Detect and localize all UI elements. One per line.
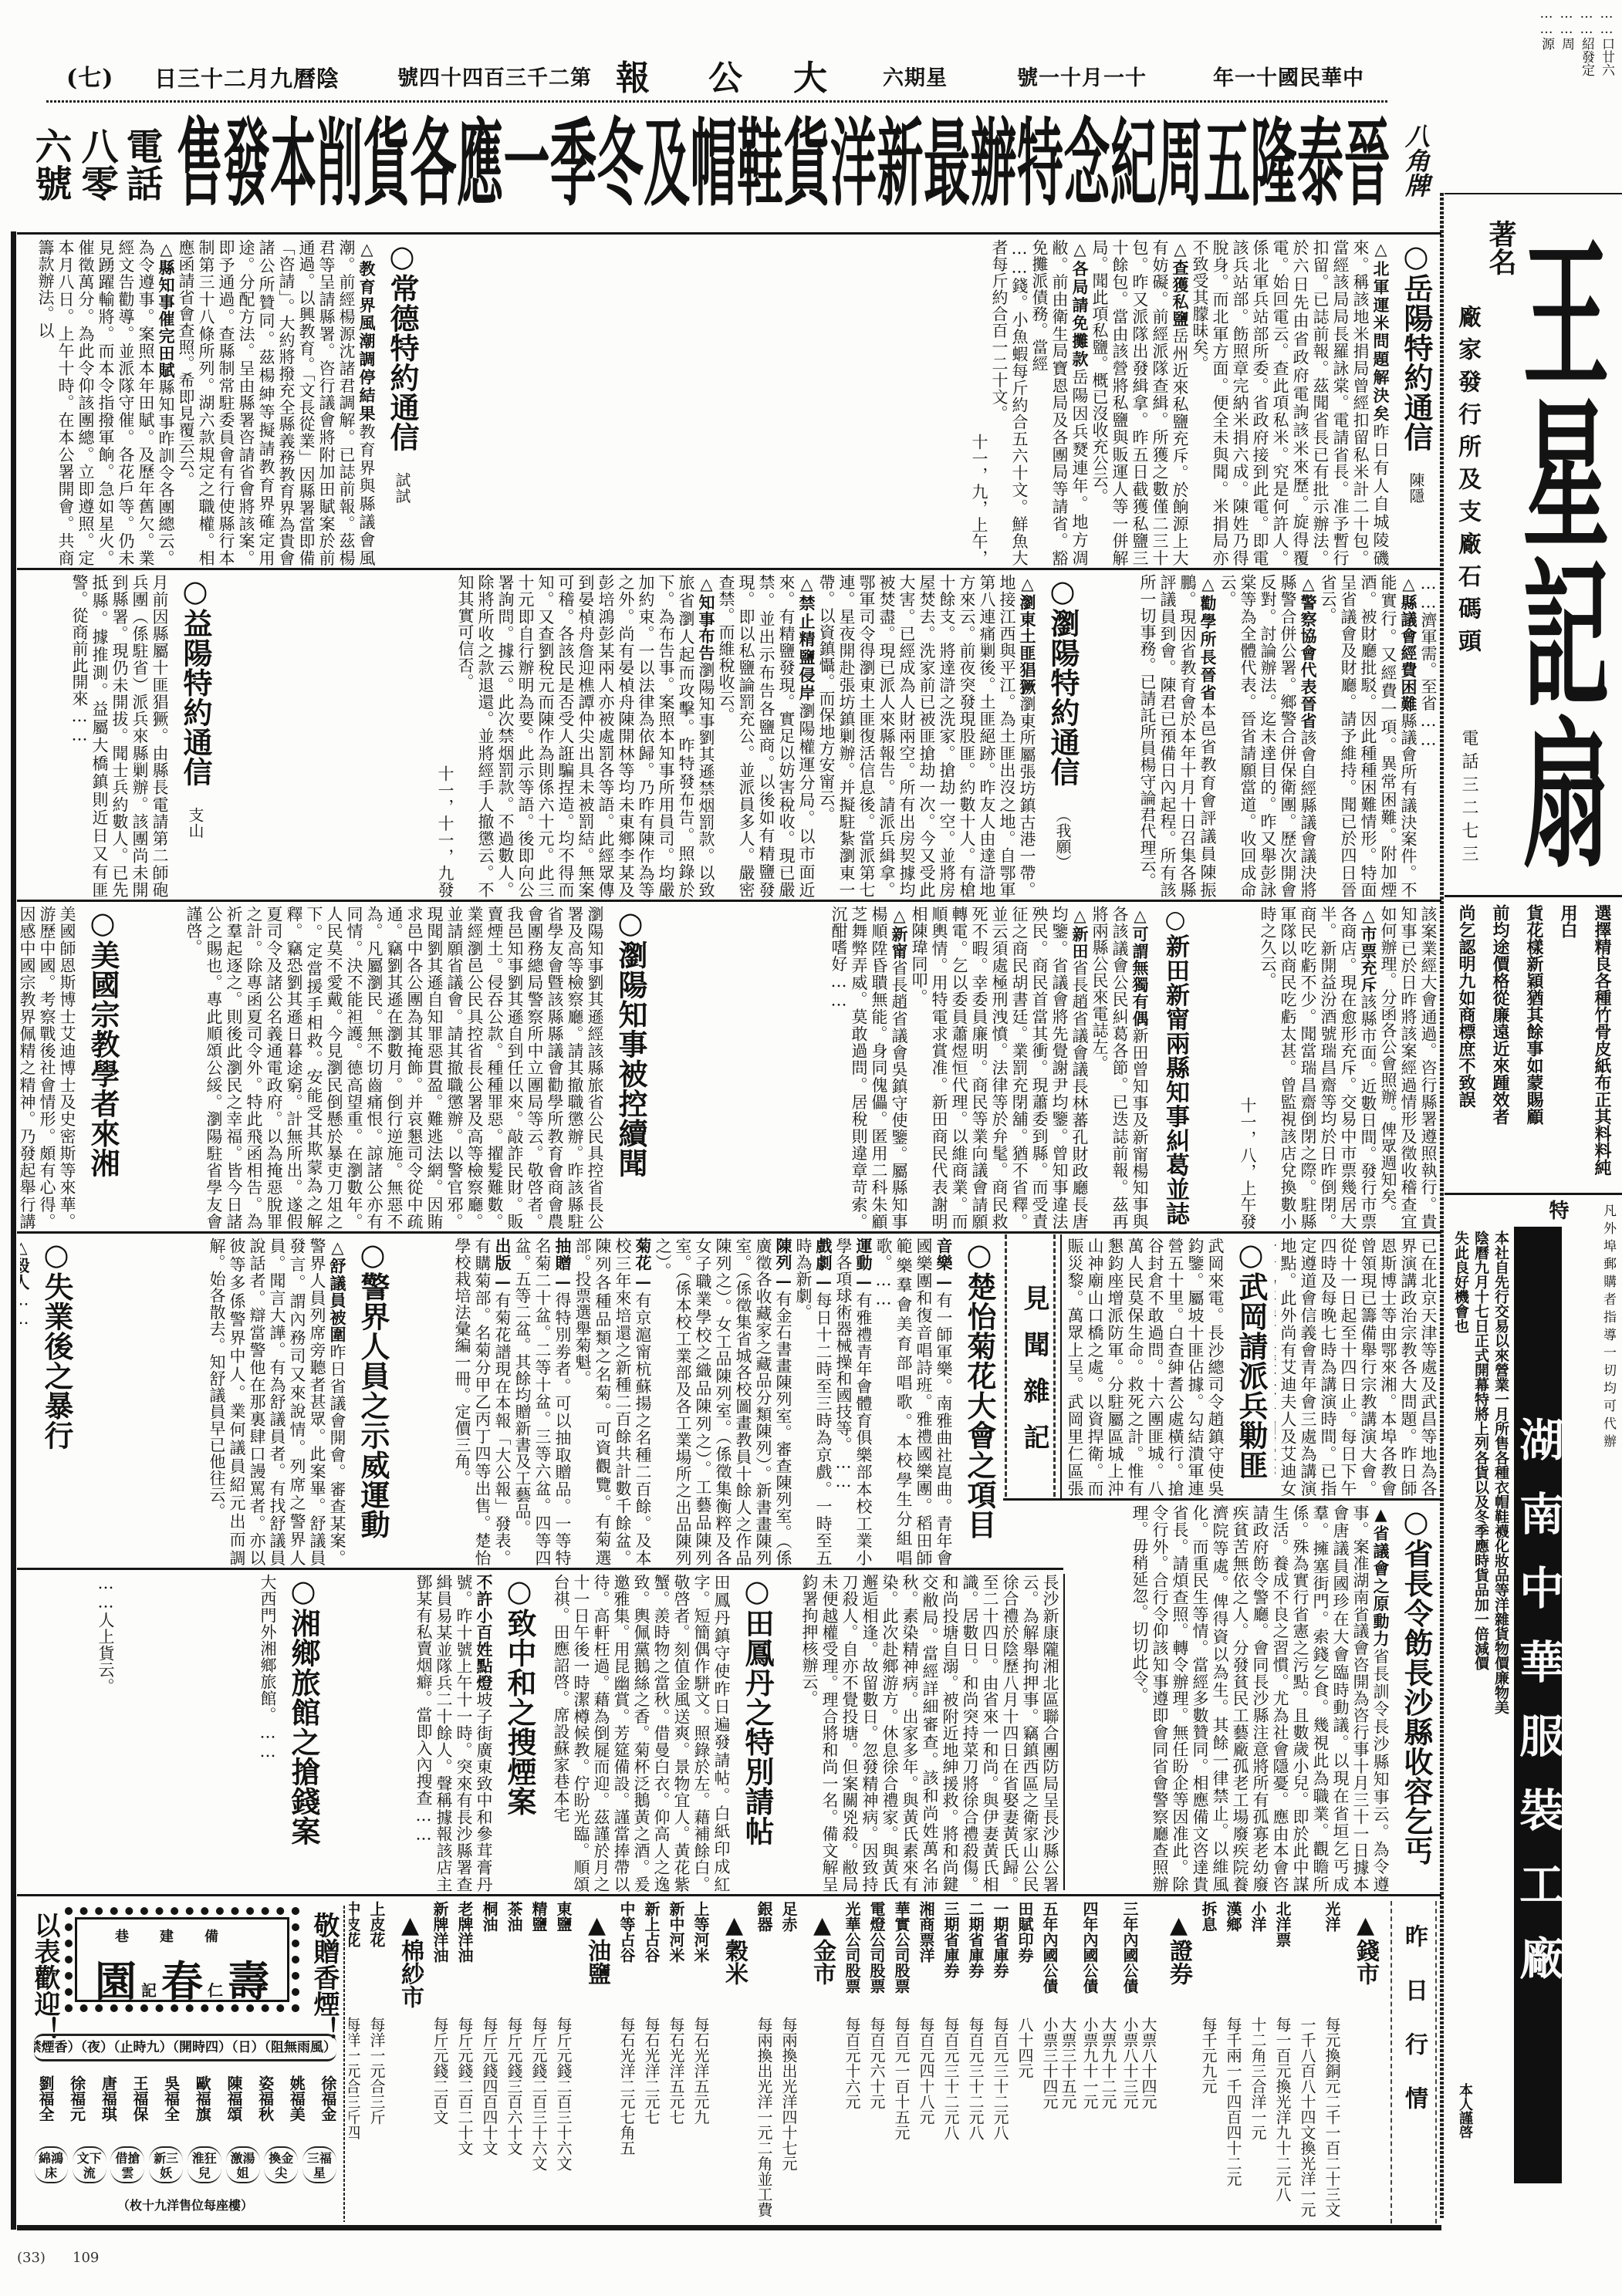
body-text: 瀏東所屬張坊鎮古港一帶。地接江西與平江。為土匪出沒之地。自鄂軍第八連痛剿後。土匪…: [817, 574, 1036, 898]
market-value: 每百元一百十五元: [892, 2017, 911, 2140]
paragraph: 戲劇—每日十二時至三時為京戲。一時至五時為新劇。: [793, 1237, 833, 1566]
body-text: 縣知事昨訓令各團總云。為令遵事。案照本年田賦。及歷年舊欠。業經文告勸導。並派隊守…: [36, 239, 175, 566]
cast-member: 陳福頌: [225, 2075, 242, 2134]
market-value: 小票八十三元: [1120, 2017, 1139, 2109]
right-column-divider: [1440, 193, 1444, 2218]
article-hotel-robbery: 湘鄉旅館之搶錢案 大西門外湘鄉旅館。……: [117, 1574, 326, 1893]
fan-ad-notice-col: 尚乞認明九如商標庶不致誤: [1449, 904, 1483, 1188]
market-label: 茶油: [502, 1901, 526, 2017]
market-value: 小票三十四元: [1040, 2017, 1059, 2109]
market-row: 一期省庫券每百元三十二元八: [988, 1901, 1012, 2223]
divider-wugang: [1060, 1234, 1062, 1498]
paragraph: △北軍運米問題解決矣昨日有人自城陵磯來。稱該地米捐局曾經扣留私米計二十包。當經該…: [1190, 239, 1391, 566]
cast-member: 徐福金: [319, 2075, 336, 2134]
paragraph: △各局請免攤款岳陽因兵燹連年。地方凋敝。前由衛生局寶恩局及各團局等請省。豁免攤派…: [1029, 239, 1090, 566]
section-label-jianwen: 見聞雜記: [1005, 1234, 1056, 1497]
headline-text: 瀏陽知事被控續聞: [613, 906, 648, 1178]
article-yiyang-continued: 該案業經大會通過。咨行縣署遵照執行。貴知事已於日昨將該案經過情形及徵收稽查宜如何…: [1199, 906, 1438, 1230]
market-value: 每斤元錢二百三十六文: [554, 2017, 573, 2171]
headline: 湘鄉旅館之搶錢案: [284, 1574, 323, 1893]
subheading: △禁止精鹽侵岸: [797, 574, 816, 702]
cast-member: 劉福全: [37, 2075, 54, 2134]
subheading: △縣議會經費困難: [1399, 574, 1418, 712]
play-title: 淮狂兒: [188, 2146, 221, 2183]
market-row: 湘商票洋每百元四十八元: [914, 1901, 938, 2223]
market-label: 新上占谷: [639, 1901, 664, 2017]
paragraph: 菊花—有京滬甯杭蘇揚之名種二百餘。及本校三年來培還之新種二百餘共計數千餘盆。陳列…: [573, 1237, 653, 1566]
headline-text: 楚怡菊花大會之項目: [962, 1237, 997, 1539]
market-row: 一千八百八十四文換光洋一元: [1295, 1901, 1320, 2223]
subheading: △可謂無獨有偶: [1130, 906, 1150, 1027]
theater-ad-slogan-right: 敬贈香煙！: [309, 1912, 340, 2043]
headline: 警界人員之示威運動: [353, 1237, 392, 1566]
paragraph: △查獲私鹽岳州近來私鹽充斥。於餉源上大有妨礙。前經派隊查緝。所獲之數僅二三十包。…: [1090, 239, 1190, 566]
headline: 美國宗教學者來湘: [83, 906, 122, 1230]
subheading: △教育界風潮調停結果: [357, 239, 377, 423]
market-label: 桐油: [477, 1901, 502, 2017]
fan-ad-address: 廠家發行所及支廠石碼頭: [1454, 305, 1480, 661]
band-rule-6: [17, 1894, 1441, 1896]
market-prices: 昨日行情 ▲錢市 光洋每元換銅元二千一百二十三文 一千八百八十四文換光洋一元 北…: [349, 1901, 1437, 2223]
right-ad-rule-0: [1445, 193, 1622, 194]
body-text: 省長趙省議會議長林蕃孔財政廳長唐均鑒。省議會將先覺謝尹均鑒。曾知事違法殃民。商民…: [910, 906, 1089, 1230]
fan-ad-brand-name: 王星記扇: [1512, 231, 1605, 871]
subheading: 不許小百姓點燈: [475, 1574, 494, 1691]
dateline: 十一，九，上午，: [969, 239, 989, 566]
market-label: 老牌洋油: [452, 1901, 477, 2017]
subheading: 抽贈—: [553, 1237, 573, 1291]
body-text: 美國師恩斯博士艾迪博士及史密斯等來華。游歷中國。考察戰後社會情形。頗有心得。因感…: [20, 906, 76, 1230]
newspaper-page: 中華民國十一年 十一月十一號 星期六 大 公 報 第二千三百四十四號 陰曆九月二…: [0, 0, 1622, 2296]
top-small-ad-col: ……源: [1536, 6, 1556, 187]
market-value: 每斤元錢三百六十文: [505, 2017, 523, 2156]
body-text: 有金石書畫陳列室。審查陳列室。（係廣徵各收藏家之藏品分類陳列）。新書畫陳列室。（…: [654, 1237, 792, 1566]
subheading: △北軍運米問題解決矣: [1371, 239, 1391, 423]
market-row: 三期省庫券每百元三十二元八: [938, 1901, 963, 2223]
market-value: 每兩換出光洋一元二角並工費: [755, 2017, 773, 2217]
masthead-lunar-date: 陰曆九月二十三日: [154, 66, 340, 91]
paragraph: △殺人……: [20, 1237, 31, 1566]
market-row: 桐油每斤元錢四百四十文: [477, 1901, 502, 2223]
clothing-ad-notice: 本社自先行交易以來營業一月所售各種衣帽鞋襪化妝品等洋雜貨物價廉物美 陰曆九月十七…: [1451, 1231, 1511, 2002]
cast-member: 歐福旗: [194, 2075, 211, 2134]
fan-ad-notice-col: 選擇精良各種竹骨皮紙布正其料料純用白: [1551, 904, 1619, 1188]
fan-ad-notice: 選擇精良各種竹骨皮紙布正其料料純用白 貨花樣新穎猶其餘事如蒙賜顧 前均途價格從廉…: [1449, 904, 1619, 1188]
body-text: 昨日省議會開會。審查某案。警界人員列席旁聽者甚眾。此案畢。舒議員發言。謂內務司又…: [208, 1237, 346, 1566]
market-value: 每石光洋二元七角五: [617, 2017, 636, 2156]
fan-ad-tag: 著名: [1485, 220, 1516, 275]
market-row: 老牌洋油每斤元錢二百二十文: [452, 1901, 477, 2223]
body-text: 教育界與縣議會風潮。前經楊源沈諸君調解。已誌前報。茲楊君等呈請縣署。咨行議會將附…: [177, 239, 376, 566]
paragraph: 月前因縣屬十匪猖獗。由縣長電請第二師砲兵團（係駐省）派兵來縣剿辦。該團尚未開到縣…: [69, 574, 170, 898]
body-text: 已在北京天津等處及武昌等地為各界演講政治宗教各大問題。昨日師恩斯博士等由鄂來湘。…: [1275, 1237, 1438, 1497]
clothing-ad-notice-col: 本社自先行交易以來營業一月所售各種衣帽鞋襪化妝品等洋雜貨物價廉物美: [1491, 1231, 1511, 2002]
market-value: 十二角三合洋一元: [1249, 2017, 1267, 2140]
market-row: 五年內國公債大票三十五元小票三十四元: [1037, 1901, 1077, 2223]
article-liuyang: 瀏陽特約通信（我願） △瀏東土匪猖獗瀏東所屬張坊鎮古港一帶。地接江西與平江。為土…: [219, 574, 1085, 898]
market-section-header: ▲棉紗市: [392, 1901, 427, 2223]
theater-footnote: （樓座每位售洋九十枚）: [39, 2196, 332, 2213]
play-title: 新三妖: [149, 2146, 183, 2183]
market-section-header: ▲油鹽: [579, 1901, 614, 2223]
market-label: 光華公司股票: [840, 1901, 864, 2017]
market-label: 湘商票洋: [914, 1901, 938, 2017]
subheading: 戲劇—: [814, 1237, 833, 1291]
dateline: 十一，十一，九發: [435, 574, 455, 898]
market-label: 北洋票: [1270, 1901, 1295, 2017]
market-row: 北洋票每一百元換光洋九十二元八: [1270, 1901, 1295, 2223]
market-row: 三年內國公債大票八十四元小票八十三元: [1117, 1901, 1157, 2223]
body-text: 該案業經大會通過。咨行縣署遵照執行。貴知事已於日昨將該案經過情形及徵收稽查宜如何…: [1379, 906, 1438, 1230]
body-text: 大西門外湘鄉旅館。……: [259, 1574, 277, 1761]
paragraph: △舒議員被圍昨日省議會開會。審查某案。警界人員列席旁聽者甚眾。此案畢。舒議員發言…: [207, 1237, 347, 1566]
body-text: ……人上貨云。: [96, 1574, 115, 1695]
market-value-pair: 大票八十四元小票八十三元: [1120, 2017, 1157, 2109]
headline-text: 瀏陽特約通信: [1046, 574, 1080, 787]
headline-text: 湘鄉旅館之搶錢案: [286, 1574, 321, 1846]
article-wugang: 武岡請派兵勦匪 武岡來電。長沙總司令趙鎮守使吳鈞鑒。屬坡十匪佔據。勾結潰軍連營五…: [1063, 1237, 1273, 1497]
market-label: 上等河米: [688, 1901, 713, 2017]
paragraph: 已在北京天津等處及武昌等地為各界演講政治宗教各大問題。昨日師恩斯博士等由鄂來湘。…: [1275, 1237, 1438, 1497]
body-text: ……: [20, 1291, 30, 1329]
play-title: 綿鴻床: [34, 2146, 68, 2183]
body-text: ……錢。小魚蝦每斤約合五六十文。鮮魚大者每斤約合百一二十文。: [990, 239, 1029, 566]
theater-schedule: （風雨無阻）（日）（四時開）（九時止）（夜）（香煙禁座）: [34, 2034, 336, 2061]
band-rule-2: [17, 568, 1441, 570]
market-row: 二期省庫券每百元三十二元八: [963, 1901, 988, 2223]
market-row: 上皮花每洋一元合三斤: [364, 1901, 389, 2223]
paragraph: △知事布告瀏陽知事劉其遜禁烟罰款。以致旅省瀏人起而攻擊。昨特發布告。照錄於下。為…: [435, 574, 716, 898]
left-page-border: [11, 231, 16, 2230]
clothing-ad-side-text: 凡外埠郵購者指導一切均可代辦: [1574, 1204, 1617, 2052]
cast-member: 唐福琪: [100, 2075, 117, 2134]
market-row: 四年內國公債大票九十二元小票九十一元: [1077, 1901, 1117, 2223]
masthead-paper-name-bao: 報: [616, 60, 650, 97]
paragraph: 運動—有雅禮青年會體育俱樂部本校工業小學各項球術器械操和國技等。……: [833, 1237, 874, 1566]
article-american-scholars: 美國宗教學者來湘 美國師恩斯博士艾迪博士及史密斯等來華。游歷中國。考察戰後社會情…: [20, 906, 125, 1230]
article-yueyang: 岳陽特約通信陳隱 △北軍運米問題解決矣昨日有人自城陵磯來。稱該地米捐局曾經扣留私…: [426, 239, 1438, 566]
market-value: 每元換銅元二千一百二十三文: [1323, 2017, 1341, 2217]
cast-member: 王福保: [131, 2075, 148, 2134]
cast-member: 姚福美: [288, 2075, 305, 2134]
play-title: 借搶雲: [110, 2146, 144, 2183]
market-value: 每斤元錢四百四十文: [480, 2017, 498, 2156]
footer-page-index: 109: [73, 2250, 99, 2266]
paragraph: △教育界風潮調停結果教育界與縣議會風潮。前經楊源沈諸君調解。已誌前報。茲楊君等呈…: [176, 239, 377, 566]
dateline: 十一，八，上午發: [1238, 906, 1258, 1230]
paragraph: 該案業經大會通過。咨行縣署遵照執行。貴知事已於日昨將該案經過情形及徵收稽查宜如何…: [1378, 906, 1438, 1230]
clothing-ad-notice-col: 失此良好機會也: [1451, 1231, 1471, 2002]
market-value: 大票九十二元: [1099, 2017, 1117, 2109]
market-section-header: ▲金市: [804, 1901, 840, 2223]
byline: 支山: [186, 807, 204, 839]
headline-text: 失業後之暴行: [39, 1237, 74, 1450]
band-rule-5-left: [17, 1568, 1063, 1570]
subheading: △舒議員被圍: [328, 1237, 347, 1344]
right-ad-rule-2: [1445, 1193, 1622, 1195]
article-fragment-left: ……人上貨云。: [20, 1574, 116, 1893]
subheading: △警察協會代表晉省: [1299, 574, 1318, 729]
paragraph: △新田省長趙省議會議長林蕃孔財政廳長唐均鑒。省議會將先覺謝尹均鑒。曾知事違法殃民…: [909, 906, 1090, 1230]
paragraph: △市票充斥該縣市面。近數日間。發行市票各商店。現在愈形充斥。交易中市票幾居大半。…: [1238, 906, 1378, 1230]
bottom-rule: [17, 2225, 1441, 2230]
divider-market-theater: [343, 1906, 345, 2222]
market-section-header: ▲證券: [1161, 1901, 1196, 2223]
headline: 楚怡菊花大會之項目: [960, 1237, 999, 1566]
market-label: 新牌洋油: [427, 1901, 452, 2017]
market-label: 電燈公司股票: [864, 1901, 889, 2017]
byline: （我願）: [1053, 807, 1072, 870]
subheading: 運動—: [854, 1237, 874, 1291]
paragraph: 瀏陽知事劉其遜經該縣旅省公民具控省長公署及高等檢察廳。請其撤職懲辦。昨該縣駐省學…: [184, 906, 605, 1230]
paragraph: ……濟軍需。至省……: [1418, 574, 1438, 898]
right-ad-rule-1: [1445, 895, 1622, 897]
paragraph: △可謂無獨有偶新田曾知事及新甯楊知事與各該議會公民糾葛各節。已迭誌前報。茲再將兩…: [1090, 906, 1150, 1230]
subheading: △知事布告: [697, 574, 716, 662]
market-value: 每洋一元合三斤: [367, 2017, 386, 2125]
market-label: 小洋: [1245, 1901, 1270, 2017]
paragraph: 美國師恩斯博士艾迪博士及史密斯等來華。游歷中國。考察戰後社會情形。頗有心得。因感…: [20, 906, 77, 1230]
headline-text: 田鳳丹之特別請帖: [740, 1574, 775, 1846]
market-row: 中皮花每洋一元合三斤四: [349, 1901, 364, 2223]
paragraph: ……人上貨云。: [96, 1574, 116, 1893]
headline: 常德特約通信試試: [383, 239, 421, 566]
clothing-ad-banner: 湖南中華服裝工廠: [1514, 1227, 1562, 2183]
article-xintian-xinning: 新田新甯兩縣知事糾葛並誌 △可謂無獨有偶新田曾知事及新甯楊知事與各該議會公民糾葛…: [654, 906, 1198, 1230]
banner-phone-number-1: 八零: [77, 127, 116, 201]
market-value: 每斤元錢二百二十文: [455, 2017, 474, 2156]
paragraph: ……錢。小魚蝦每斤約合五六十文。鮮魚大者每斤約合百一二十文。十一，九，上午，: [969, 239, 1029, 566]
cast-member: 姿福秋: [257, 2075, 274, 2134]
market-value: 每百元十六元: [843, 2017, 861, 2109]
market-row: 銀器每兩換出光洋一元二角並工費: [752, 1901, 776, 2223]
theater-plays: 三福星 換金尖 激湯姐 淮狂兒 新三妖 借搶雲 文下流 綿鴻床: [34, 2146, 336, 2186]
market-section-header: ▲錢市: [1347, 1901, 1383, 2223]
headline: 新田新甯兩縣知事糾葛並誌: [1156, 906, 1195, 1230]
subheading: 菊花—: [634, 1237, 653, 1291]
subheading: △殺人: [20, 1237, 31, 1291]
market-value: 每石光洋二元七: [642, 2017, 661, 2125]
market-value: 大票八十四元: [1139, 2017, 1157, 2109]
market-value-pair: 大票九十二元小票九十一元: [1080, 2017, 1117, 2109]
market-row: 上等河米每石光洋五元九: [688, 1901, 713, 2223]
fan-ad-notice-col: 前均途價格從廉遠近來踵效者: [1483, 904, 1517, 1188]
paragraph: △禁止精鹽侵岸瀏陽權運分局。以市面近來。有精鹽發現。實足以妨害稅收。現已嚴禁。並…: [716, 574, 816, 898]
paragraph: △勸學所長晉省本邑省教育會評議員陳振鵬。現因省教育會於本年十月十日召集各縣評議員…: [1137, 574, 1218, 898]
masthead-page-number: (七): [66, 66, 113, 91]
market-label: 足赤: [776, 1901, 801, 2017]
subheading: △查獲私鹽: [1171, 239, 1190, 328]
market-value: 每百元六十元: [867, 2017, 886, 2109]
headline: 瀏陽知事被控續聞: [611, 906, 650, 1230]
article-liuyang-magistrate: 瀏陽知事被控續聞 瀏陽知事劉其遜經該縣旅省公民具控省長公署及高等檢察廳。請其撤職…: [127, 906, 653, 1230]
theater-name-char: 壽: [228, 1957, 269, 2006]
market-label: 四年內國公債: [1077, 1901, 1102, 2017]
body-text: 省長訓令長沙縣知事云。為令遵事。案准湖南省議會咨開為咨行事十月三十一日據本會唐議…: [1130, 1504, 1390, 1893]
footer-archive-number: (33): [17, 2250, 46, 2266]
banner-phone-label: 電話: [122, 127, 161, 201]
market-row: 小洋十二角三合洋一元: [1245, 1901, 1270, 2223]
market-row: 光洋每元換銅元二千一百二十三文: [1320, 1901, 1344, 2223]
fan-ad-brand-box: 王星記扇: [1512, 231, 1613, 887]
banner-phone-number-2: 六號: [31, 127, 69, 201]
subheading: △市票充斥: [1359, 906, 1378, 994]
clothing-ad-mark: 特: [1543, 1200, 1572, 1220]
theater-name-small: 記: [141, 1981, 157, 2000]
subheading: △縣知事催完田賦: [157, 239, 176, 379]
market-row: 新上占谷每石光洋二元七: [639, 1901, 664, 2223]
headline-text: 岳陽特約通信: [1399, 239, 1434, 452]
market-label: 田賦印券: [1012, 1901, 1037, 2017]
masthead-month-day: 十一月十一號: [1017, 66, 1147, 91]
theater-name-char: 園: [95, 1957, 137, 2006]
market-label: 三期省庫券: [938, 1901, 963, 2017]
headline: 省長令飭長沙縣收容乞丐: [1397, 1504, 1435, 1893]
fan-ad-notice-col: 貨花樣新穎猶其餘事如蒙賜顧: [1517, 904, 1551, 1188]
article-opium-search: 致中和之搜煙案 不許小百姓點燈坡子街廣東致中和參茸膏丹號。昨十號上午十一時。突來…: [327, 1574, 542, 1893]
masthead-issue-number: 第二千三百四十四號: [397, 66, 592, 91]
headline-text: 警界人員之示威運動: [356, 1237, 390, 1539]
theater-ad-slogan-left: 以表歡迎！: [29, 1912, 60, 2043]
market-value: 每兩換出光洋四十七元: [779, 2017, 798, 2171]
market-row: 茶油每斤元錢三百六十文: [502, 1901, 526, 2223]
article-yueyang-continued: ……濟軍需。至省…… △縣議會經費困難縣議會所有議決案件。不能實行。又經費一項。…: [1086, 574, 1438, 898]
market-value-pair: 大票三十五元小票三十四元: [1040, 2017, 1077, 2109]
subheading: △各局請免攤款: [1070, 239, 1090, 369]
market-value: 每斤元錢二百文: [431, 2017, 449, 2125]
headline-text: 美國宗教學者來湘: [86, 906, 120, 1178]
headline: 武岡請派兵勦匪: [1232, 1237, 1270, 1497]
top-small-ad-col: ……周: [1556, 6, 1576, 187]
masthead-paper-name-gong: 公: [708, 60, 743, 97]
paragraph: △警察協會代表晉省該會自經縣議會議決將縣警合併公署。鄉警合併保衛團。歷次開會反對…: [1218, 574, 1318, 898]
band-rule-3: [17, 900, 1441, 902]
market-value: 每百元三十二元八: [966, 2017, 985, 2140]
clothing-ad-notice-col: 陰曆九月十七日正式開幕特將上列各貨以及冬季應時貨品加一倍減價: [1471, 1231, 1491, 2002]
byline: 試試: [393, 472, 411, 504]
market-value: 每千兩一千四百四十二元: [1224, 2017, 1242, 2186]
clothing-ad-signature: 本人謹啓: [1455, 2083, 1475, 2139]
market-row: 新中河米每石光洋五元七: [664, 1901, 688, 2223]
headline-text: 常德特約通信: [385, 239, 420, 452]
article-american-scholars-continued: 已在北京天津等處及武昌等地為各界演講政治宗教各大問題。昨日師恩斯博士等由鄂來湘。…: [1275, 1237, 1438, 1497]
market-value: 一千八百八十四文換光洋一元: [1298, 2017, 1316, 2217]
paragraph: △縣知事催完田賦縣知事昨訓令各團總云。為令遵事。案照本年田賦。及歷年舊欠。業經文…: [35, 239, 176, 566]
headline-text: 武岡請派兵勦匪: [1234, 1237, 1269, 1480]
fan-ad-phone: 電話三二七三: [1457, 729, 1480, 868]
market-value: 八十四元: [1015, 2017, 1034, 2078]
play-title: 文下流: [73, 2146, 106, 2183]
divider-shengzhang: [1063, 1574, 1065, 1890]
market-label: 拆息: [1196, 1901, 1221, 2017]
market-row: 田賦印券八十四元: [1012, 1901, 1037, 2223]
top-small-ad-col: ……紹發定: [1576, 6, 1597, 187]
paragraph: 音樂—有一師軍樂。南雅曲社崑曲。青年會國樂團和復音唱詩班。雅禮國樂團。稻田師範樂…: [874, 1237, 954, 1566]
band-rule-5-right: [1003, 1498, 1440, 1501]
article-tian-invitation: 田鳳丹之特別請帖 田鳳丹鎮守使昨日遍發請帖。白紙印成紅字。短簡偶作駢文。照錄於左…: [543, 1574, 779, 1893]
masthead-year: 中華民國十一年: [1213, 66, 1364, 91]
market-label: 上皮花: [364, 1901, 389, 2017]
article-changde: 常德特約通信試試 △教育界風潮調停結果教育界與縣議會風潮。前經楊源沈諸君調解。已…: [20, 239, 424, 566]
theater-name-char: 春: [161, 1957, 203, 2006]
market-section-header: ▲穀米: [716, 1901, 752, 2223]
market-label: 新中河米: [664, 1901, 688, 2017]
band-rule-4: [17, 1231, 1441, 1234]
market-label: 中等占谷: [614, 1901, 639, 2017]
paragraph: △瀏東土匪猖獗瀏東所屬張坊鎮古港一帶。地接江西與平江。為土匪出沒之地。自鄂軍第八…: [816, 574, 1037, 898]
play-title: 激湯姐: [226, 2146, 260, 2183]
body-text: 瀏陽知事劉其遜經該縣旅省公民具控省長公署及高等檢察廳。請其撤職懲辦。昨該縣駐省學…: [184, 906, 604, 1230]
byline: 陳隱: [1407, 472, 1425, 504]
market-value: 大票三十五元: [1059, 2017, 1077, 2109]
headline: 失業後之暴行: [37, 1237, 76, 1566]
body-text: ……濟軍需。至省……: [1419, 574, 1438, 749]
theater-cast: 徐福金 姚福美 姿福秋 陳福頌 歐福旗 吳福全 王福保 唐福琪 徐福元 劉福全: [37, 2075, 336, 2134]
subheading: △新甯: [890, 906, 909, 960]
market-value: 每一百元換光洋九十二元八: [1273, 2017, 1292, 2202]
headline-text: 致中和之搜煙案: [502, 1574, 537, 1816]
market-label: 精鹽: [526, 1901, 551, 2017]
market-value: 每百元四十八元: [917, 2017, 935, 2125]
market-row: 光華公司股票每百元十六元: [840, 1901, 864, 2223]
market-label: 漢鄉: [1221, 1901, 1245, 2017]
market-row: 華實公司股票每百元一百十五元: [889, 1901, 914, 2223]
headline: 田鳳丹之特別請帖: [738, 1574, 776, 1893]
article-yiyang: 益陽特約通信支山 月前因縣屬十匪猖獗。由縣長電請第二師砲兵團（係駐省）派兵來縣剿…: [20, 574, 218, 898]
market-label: 華實公司股票: [889, 1901, 914, 2017]
market-title: 昨日行情: [1391, 1901, 1437, 2223]
market-label: 一期省庫券: [988, 1901, 1012, 2017]
theater-name-small: 仁: [208, 1981, 223, 2000]
article-chuyi-chrysanthemum: 楚怡菊花大會之項目 音樂—有一師軍樂。南雅曲社崑曲。青年會國樂團和復音唱詩班。雅…: [397, 1237, 1002, 1566]
paragraph: 田鳳丹鎮守使昨日遍發請帖。白紙印成紅字。短簡偶作駢文。照錄於左。藉補餘白。敬啓者…: [551, 1574, 732, 1893]
market-label: 二期省庫券: [963, 1901, 988, 2017]
market-value: 每石光洋五元七: [667, 2017, 685, 2125]
theater-name: 壽仁春記園: [73, 1949, 292, 2008]
article-beggars-order: 省長令飭長沙縣收容乞丐 ▲省議會之原動力省長訓令長沙縣知事云。為令遵事。案准湖南…: [1068, 1504, 1438, 1893]
body-text: 長沙新康隴湘北區聯合團防局呈長沙縣公署云。為解舉拘押事。竊鎮西區之衛家山公民徐合…: [800, 1574, 1059, 1893]
subheading: 音樂—: [934, 1237, 954, 1291]
market-label: 銀器: [752, 1901, 776, 2017]
cast-member: 吳福全: [163, 2075, 180, 2134]
paragraph: 武岡來電。長沙總司令趙鎮守使吳鈞鑒。屬坡十匪佔據。勾結潰軍連營五十里。白查紳耆公…: [1063, 1237, 1225, 1497]
headline: 瀏陽特約通信（我願）: [1043, 574, 1082, 898]
headline-text: 省長令飭長沙縣收容乞丐: [1399, 1504, 1434, 1865]
market-row: 拆息每千元九元: [1196, 1901, 1221, 2223]
subheading: △勸學所長晉省: [1198, 574, 1218, 702]
market-row: 漢鄉每千兩一千四百四十二元: [1221, 1901, 1245, 2223]
masthead-weekday: 星期六: [883, 66, 948, 91]
body-text: 武岡來電。長沙總司令趙鎮守使吳鈞鑒。屬坡十匪佔據。勾結潰軍連營五十里。白查紳耆公…: [1063, 1237, 1225, 1497]
market-value: 小票九十一元: [1080, 2017, 1099, 2109]
body-text: 瀏陽知事劉其遜禁烟罰款。以致旅省瀏人起而攻擊。昨特發布告。照錄於下。為布告事。案…: [456, 574, 715, 898]
market-label: 中皮花: [349, 1901, 364, 2017]
paragraph: 抽贈—得特別劵者。可以抽取贈品。一等特名菊二十盆。二等十盆。三等六盆。四等四盆。…: [512, 1237, 573, 1566]
subheading: △瀏東土匪猖獗: [1018, 574, 1037, 695]
headline: 致中和之搜煙案: [500, 1574, 539, 1893]
subheading: 出版—: [493, 1237, 512, 1291]
market-value: 每千元九元: [1199, 2017, 1218, 2094]
market-value: 每洋一元合三斤四: [349, 2017, 361, 2140]
banner-ad-headline: 晉泰隆五周紀念特辦最新洋貨鞋帽及冬季一應各貨削本發售: [171, 116, 1391, 214]
paragraph: △新甯省長趙省議會吳鎮守使鑒。屬縣知事楊順陞昏聵無能。身同傀儡。匿用二科朱顧芝舞…: [829, 906, 909, 1230]
market-value: 每百元三十二元八: [941, 2017, 960, 2140]
top-small-ad: ……口廿六 ……紹發定 ……周 ……源: [1458, 6, 1617, 187]
market-label: 光洋: [1320, 1901, 1344, 2017]
band-rule-1: [17, 232, 1441, 235]
headline-text: 益陽特約通信: [178, 574, 213, 787]
masthead-rule: [46, 100, 1389, 103]
